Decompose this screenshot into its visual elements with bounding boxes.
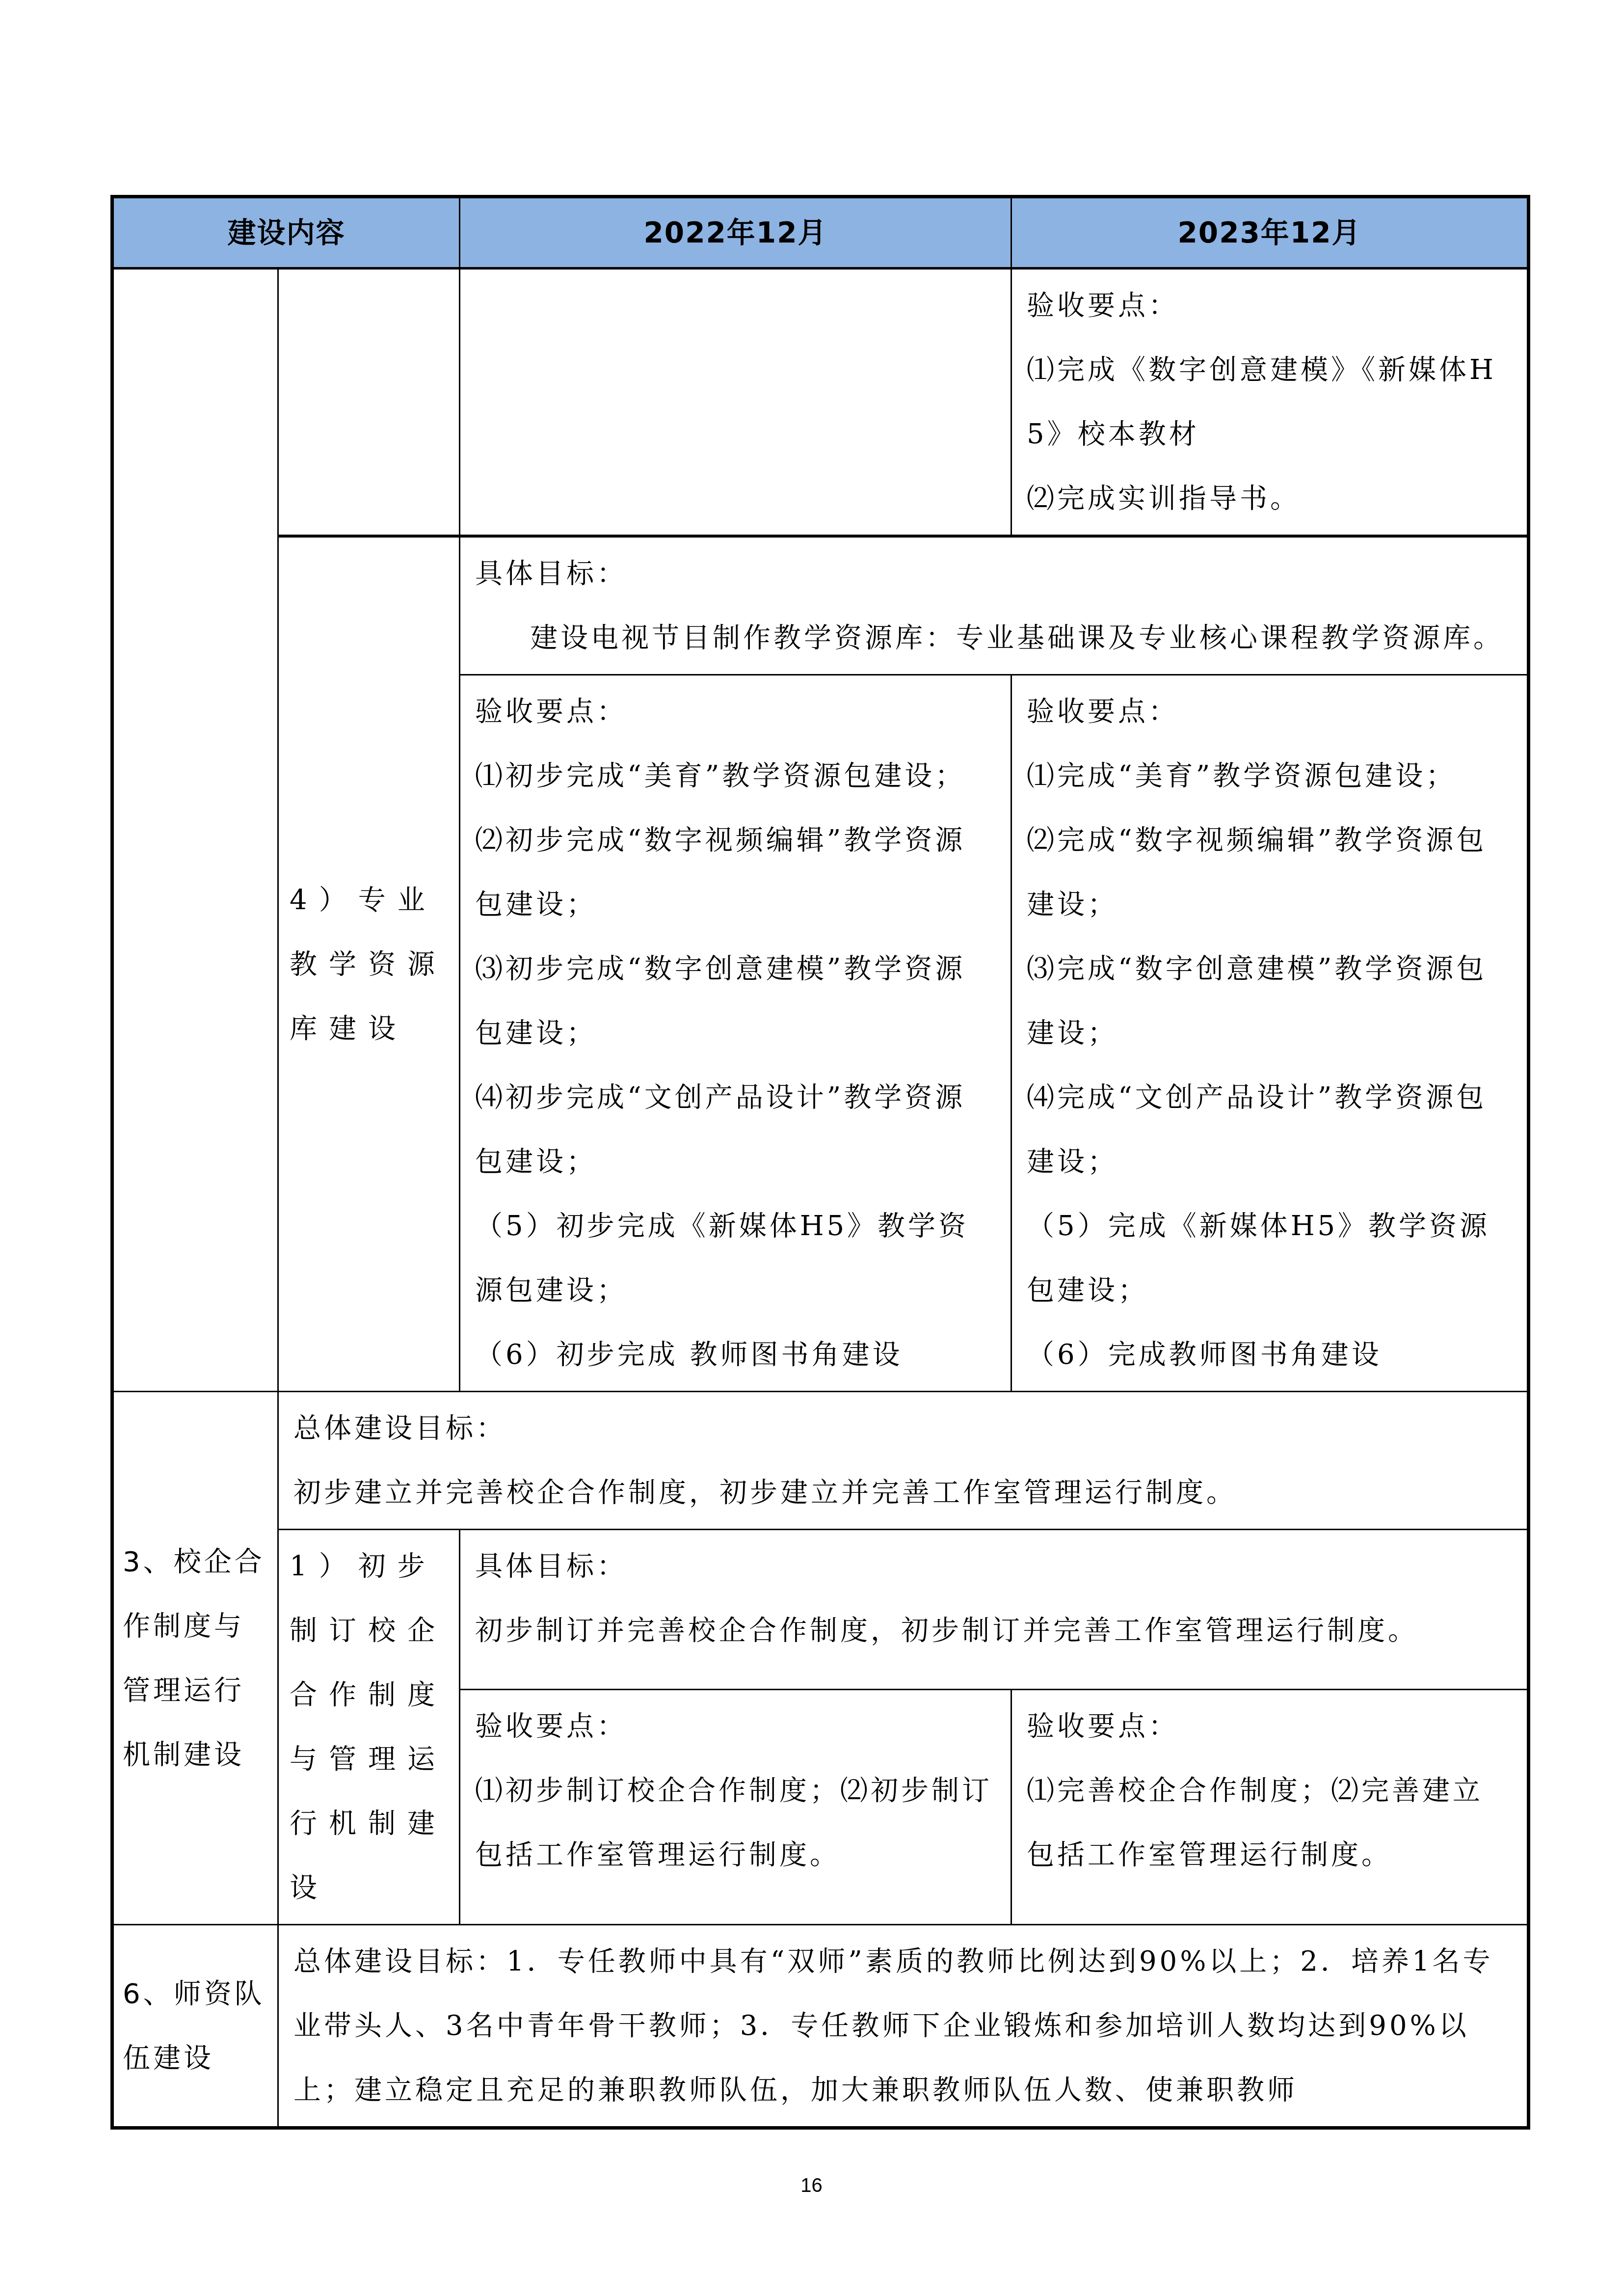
acceptance-item: （5）初步完成《新媒体H5》教学资源包建设； [475, 1194, 996, 1323]
table-row-sec3-overall: 3、校企合作制度与管理运行机制建设 总体建设目标： 初步建立并完善校企合作制度，… [112, 1392, 1529, 1530]
section-label-school-enterprise: 3、校企合作制度与管理运行机制建设 [112, 1392, 278, 1925]
goal-title: 具体目标： [475, 1534, 1512, 1598]
acceptance-title: 验收要点： [475, 679, 996, 744]
goal-title: 具体目标： [475, 541, 1512, 606]
acceptance-item: ⑷完成“文创产品设计”教学资源包建设； [1027, 1065, 1512, 1194]
overall-goal-text: 初步建立并完善校企合作制度，初步建立并完善工作室管理运行制度。 [293, 1460, 1512, 1525]
cell-sec3-2022: 验收要点： ⑴初步制订校企合作制度；⑵初步制订包括工作室管理运行制度。 [460, 1690, 1011, 1925]
acceptance-item: （6）完成教师图书角建设 [1027, 1323, 1512, 1387]
sub-label-cooperation-system: 1）初步制订校企合作制度与管理运行机制建设 [278, 1530, 460, 1925]
cell-sec3-goal: 具体目标： 初步制订并完善校企合作制度，初步制订并完善工作室管理运行制度。 [460, 1530, 1529, 1690]
table-row-sub4-goal: 4）专业教学资源库建设 具体目标： 建设电视节目制作教学资源库：专业基础课及专业… [112, 536, 1529, 675]
acceptance-item: ⑶完成“数字创意建模”教学资源包建设； [1027, 937, 1512, 1065]
cell-2022-continued [460, 269, 1011, 537]
cell-2023-continued: 验收要点： ⑴完成《数字创意建模》《新媒体H5》校本教材 ⑵完成实训指导书。 [1011, 269, 1529, 537]
cell-sub4-2023: 验收要点： ⑴完成“美育”教学资源包建设； ⑵完成“数字视频编辑”教学资源包建设… [1011, 675, 1529, 1392]
header-2022: 2022年12月 [460, 197, 1011, 269]
section-cell-continued [112, 269, 278, 1392]
section-label-faculty: 6、师资队伍建设 [112, 1925, 278, 2128]
acceptance-text: ⑴初步制订校企合作制度；⑵初步制订包括工作室管理运行制度。 [475, 1758, 996, 1887]
table-header-row: 建设内容 2022年12月 2023年12月 [112, 197, 1529, 269]
cell-sec6-overall: 总体建设目标：1．专任教师中具有“双师”素质的教师比例达到90%以上；2．培养1… [278, 1925, 1529, 2128]
table-row-sec3-goal: 1）初步制订校企合作制度与管理运行机制建设 具体目标： 初步制订并完善校企合作制… [112, 1530, 1529, 1690]
acceptance-item: ⑴初步完成“美育”教学资源包建设； [475, 744, 996, 808]
cell-sub4-goal: 具体目标： 建设电视节目制作教学资源库：专业基础课及专业核心课程教学资源库。 [460, 536, 1529, 675]
construction-plan-table: 建设内容 2022年12月 2023年12月 验收要点： ⑴完成《数字创意建模》… [110, 195, 1530, 2130]
header-2023: 2023年12月 [1011, 197, 1529, 269]
sub-label-resource-library: 4）专业教学资源库建设 [278, 536, 460, 1392]
acceptance-item: ⑷初步完成“文创产品设计”教学资源包建设； [475, 1065, 996, 1194]
acceptance-title: 验收要点： [1027, 1694, 1512, 1758]
acceptance-title: 验收要点： [1027, 273, 1512, 338]
overall-goal-title: 总体建设目标： [293, 1396, 1512, 1460]
cell-sub4-2022: 验收要点： ⑴初步完成“美育”教学资源包建设； ⑵初步完成“数字视频编辑”教学资… [460, 675, 1011, 1392]
acceptance-item: ⑵初步完成“数字视频编辑”教学资源包建设； [475, 808, 996, 937]
acceptance-item: （6）初步完成 教师图书角建设 [475, 1323, 996, 1387]
goal-text: 建设电视节目制作教学资源库：专业基础课及专业核心课程教学资源库。 [475, 606, 1512, 670]
table-row-sec6: 6、师资队伍建设 总体建设目标：1．专任教师中具有“双师”素质的教师比例达到90… [112, 1925, 1529, 2128]
acceptance-item: ⑵完成实训指导书。 [1027, 466, 1512, 531]
header-content: 建设内容 [112, 197, 460, 269]
acceptance-item: ⑴完成“美育”教学资源包建设； [1027, 744, 1512, 808]
goal-text: 初步制订并完善校企合作制度，初步制订并完善工作室管理运行制度。 [475, 1598, 1512, 1663]
acceptance-item: ⑴完成《数字创意建模》《新媒体H5》校本教材 [1027, 338, 1512, 466]
page-number: 16 [0, 2175, 1623, 2197]
acceptance-item: ⑶初步完成“数字创意建模”教学资源包建设； [475, 937, 996, 1065]
acceptance-title: 验收要点： [1027, 679, 1512, 744]
acceptance-item: （5）完成《新媒体H5》教学资源包建设； [1027, 1194, 1512, 1323]
cell-sec3-2023: 验收要点： ⑴完善校企合作制度；⑵完善建立包括工作室管理运行制度。 [1011, 1690, 1529, 1925]
table-row-continuation: 验收要点： ⑴完成《数字创意建模》《新媒体H5》校本教材 ⑵完成实训指导书。 [112, 269, 1529, 537]
acceptance-title: 验收要点： [475, 1694, 996, 1758]
acceptance-text: ⑴完善校企合作制度；⑵完善建立包括工作室管理运行制度。 [1027, 1758, 1512, 1887]
cell-sec3-overall: 总体建设目标： 初步建立并完善校企合作制度，初步建立并完善工作室管理运行制度。 [278, 1392, 1529, 1530]
acceptance-item: ⑵完成“数字视频编辑”教学资源包建设； [1027, 808, 1512, 937]
sub-label-continued [278, 269, 460, 537]
